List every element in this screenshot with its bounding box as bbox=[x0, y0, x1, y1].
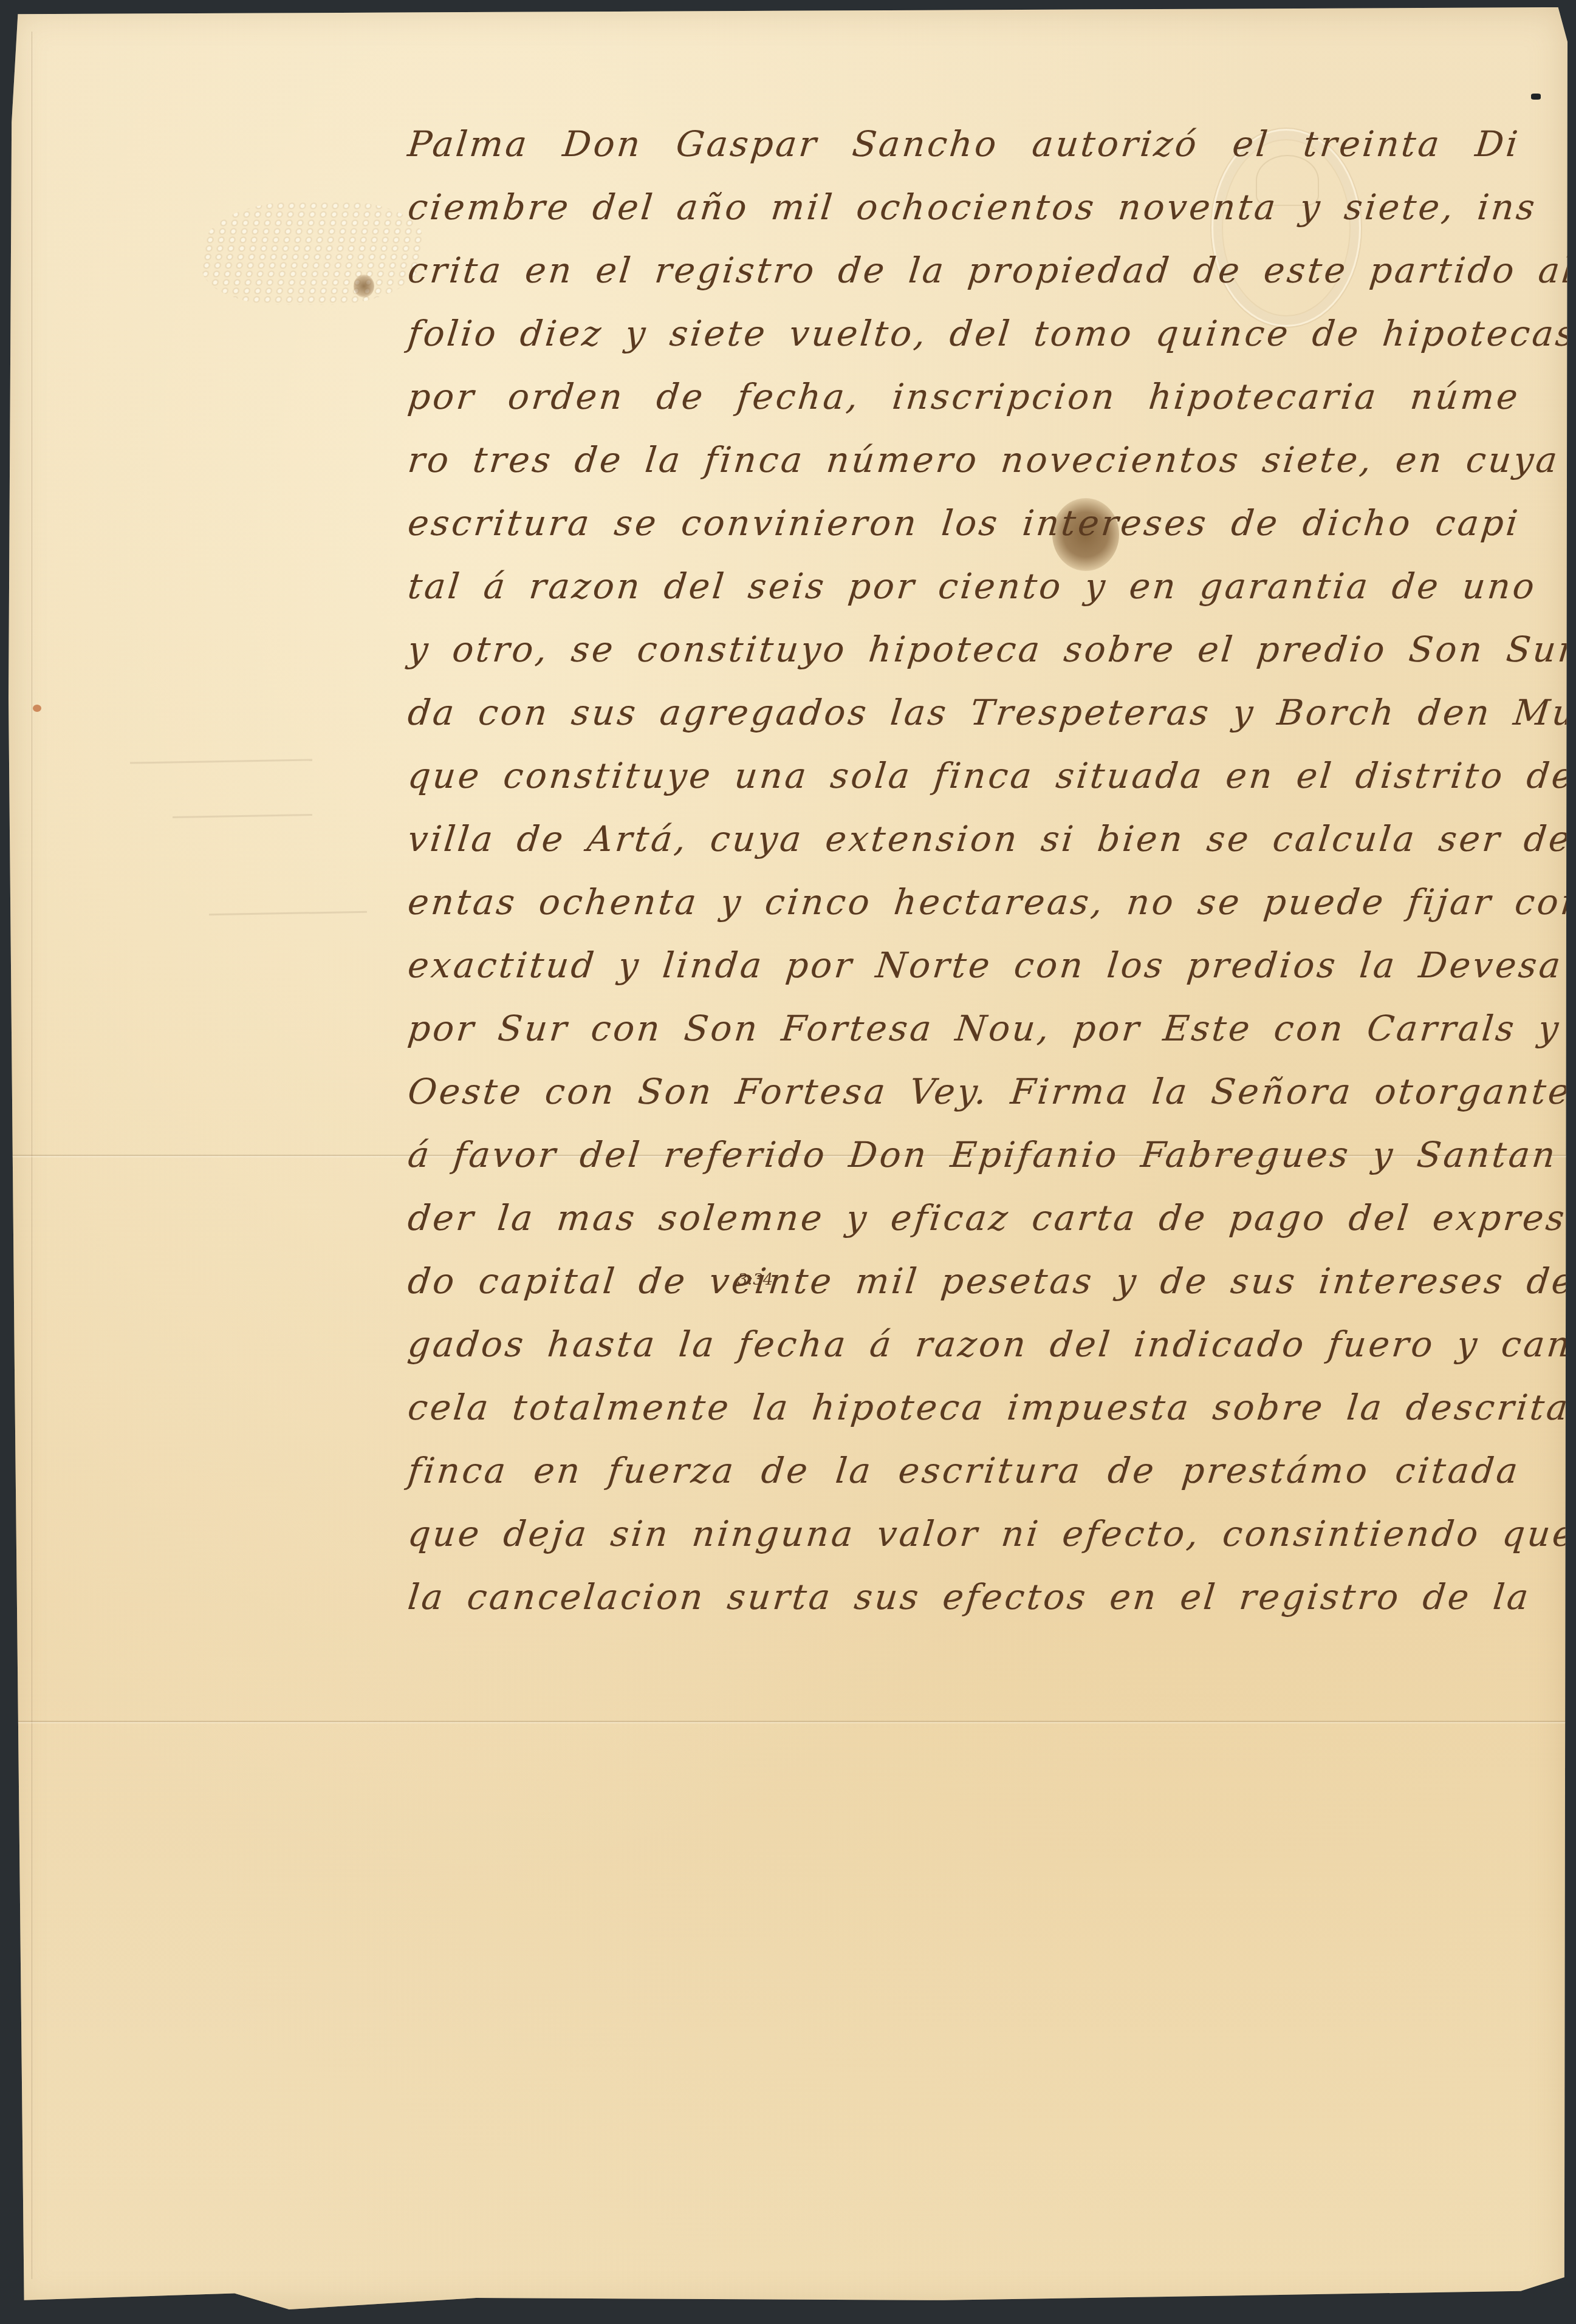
text-line: Oeste con Son Fortesa Vey. Firma la Seño… bbox=[406, 1046, 1525, 1109]
text-line: cela totalmente la hipoteca impuesta sob… bbox=[406, 1362, 1525, 1425]
fold-line-lower bbox=[9, 1720, 1567, 1724]
text-line: á favor del referido Don Epifanio Fabreg… bbox=[406, 1109, 1525, 1172]
ink-stain-small bbox=[354, 275, 374, 298]
text-line: gados hasta la fecha á razon del indicad… bbox=[406, 1299, 1525, 1362]
text-line: entas ochenta y cinco hectareas, no se p… bbox=[406, 856, 1525, 920]
text-line: der la mas solemne y eficaz carta de pag… bbox=[406, 1172, 1525, 1235]
text-line: que constituye una sola finca situada en… bbox=[406, 730, 1525, 793]
text-line: Palma Don Gaspar Sancho autorizó el trei… bbox=[406, 98, 1525, 162]
text-line: tal á razon del seis por ciento y en gar… bbox=[406, 541, 1525, 604]
manuscript-page: Palma Don Gaspar Sancho autorizó el trei… bbox=[9, 7, 1567, 2309]
text-line: escritura se convinieron los intereses d… bbox=[406, 477, 1525, 541]
text-line: folio diez y siete vuelto, del tomo quin… bbox=[406, 288, 1525, 351]
text-line: ciembre del año mil ochocientos noventa … bbox=[406, 162, 1525, 225]
handwritten-text-block: Palma Don Gaspar Sancho autorizó el trei… bbox=[409, 98, 1521, 1615]
text-line: do capital de veinte mil pesetas y de su… bbox=[406, 1235, 1525, 1299]
text-line: exactitud y linda por Norte con los pred… bbox=[406, 920, 1525, 983]
text-line: villa de Artá, cuya extension si bien se… bbox=[406, 793, 1525, 856]
bleed-through-mark bbox=[209, 911, 367, 916]
text-line: que deja sin ninguna valor ni efecto, co… bbox=[406, 1488, 1525, 1551]
scan-background: Palma Don Gaspar Sancho autorizó el trei… bbox=[0, 0, 1576, 2324]
bleed-through-mark bbox=[130, 759, 312, 764]
bleed-through-mark bbox=[173, 814, 312, 818]
text-line: crita en el registro de la propiedad de … bbox=[406, 225, 1525, 288]
embossed-dot-pattern-icon bbox=[196, 202, 429, 305]
text-line: por orden de fecha, inscripcion hipoteca… bbox=[406, 351, 1525, 414]
text-line: la cancelacion surta sus efectos en el r… bbox=[406, 1551, 1525, 1615]
marginal-note: 3:34 bbox=[738, 1271, 773, 1289]
text-line: da con sus agregados las Trespeteras y B… bbox=[406, 667, 1525, 730]
paper-hole bbox=[1531, 94, 1541, 100]
text-line: finca en fuerza de la escritura de prest… bbox=[406, 1425, 1525, 1488]
text-line: ro tres de la finca número novecientos s… bbox=[406, 414, 1525, 477]
text-line: por Sur con Son Fortesa Nou, por Este co… bbox=[406, 983, 1525, 1046]
text-line: y otro, se constituyo hipoteca sobre el … bbox=[406, 604, 1525, 667]
rust-spot bbox=[33, 705, 41, 712]
